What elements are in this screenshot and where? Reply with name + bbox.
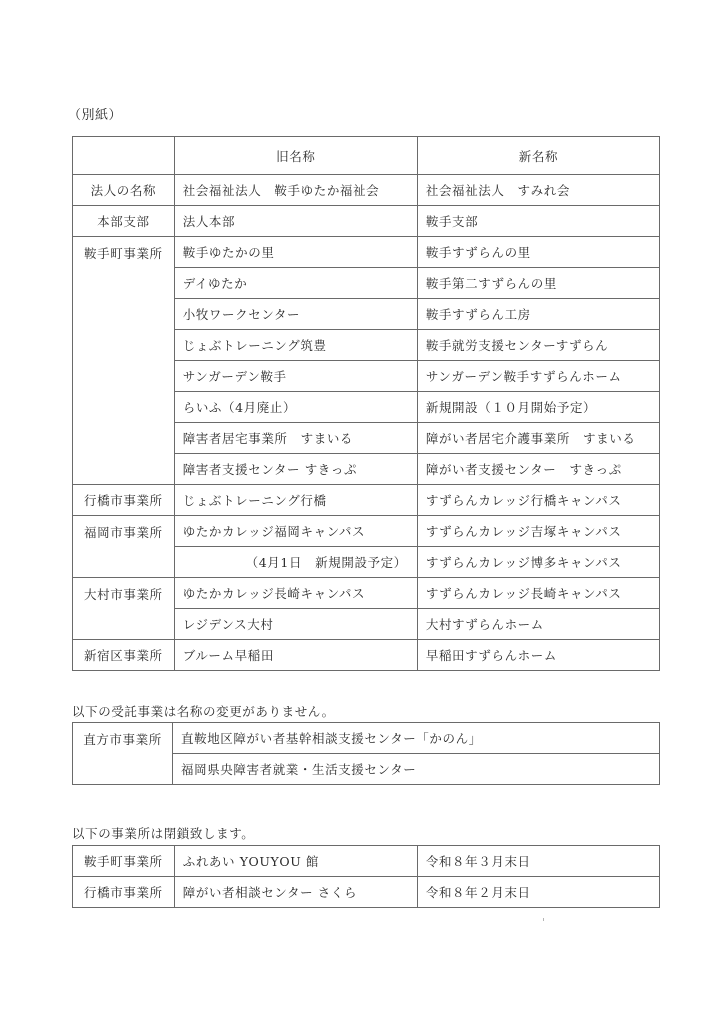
old-name-cell: じょぶトレーニング筑豊 bbox=[174, 330, 417, 361]
category-cell: 新宿区事業所 bbox=[73, 640, 175, 671]
category-cell: 本部支部 bbox=[73, 206, 175, 237]
category-cell: 鞍手町事業所 bbox=[73, 846, 175, 877]
table-row: 直方市事業所 直鞍地区障がい者基幹相談支援センター「かのん」 bbox=[73, 723, 660, 754]
table-row: 行橋市事業所 じょぶトレーニング行橋 すずらんカレッジ行橋キャンパス bbox=[73, 485, 660, 516]
scan-artifact bbox=[543, 918, 544, 921]
old-name-cell: サンガーデン鞍手 bbox=[174, 361, 417, 392]
old-name-cell: じょぶトレーニング行橋 bbox=[174, 485, 417, 516]
old-name-cell: ゆたかカレッジ福岡キャンパス bbox=[174, 516, 417, 547]
table-row: 鞍手町事業所 ふれあい YOUYOU 館 令和８年３月末日 bbox=[73, 846, 660, 877]
unchanged-caption: 以下の受託事業は名称の変更がありません。 bbox=[72, 702, 335, 720]
table-row: 福岡市事業所 ゆたかカレッジ福岡キャンパス すずらんカレッジ吉塚キャンパス bbox=[73, 516, 660, 547]
facility-name-cell: 直鞍地区障がい者基幹相談支援センター「かのん」 bbox=[173, 723, 660, 754]
header-new-name: 新名称 bbox=[417, 137, 659, 175]
old-name-cell: 障害者居宅事業所 すまいる bbox=[174, 423, 417, 454]
unchanged-table: 直方市事業所 直鞍地区障がい者基幹相談支援センター「かのん」 福岡県央障害者就業… bbox=[72, 722, 660, 785]
new-name-cell: 鞍手第二すずらんの里 bbox=[417, 268, 659, 299]
closing-caption: 以下の事業所は閉鎖致します。 bbox=[72, 824, 254, 842]
old-name-cell: 法人本部 bbox=[174, 206, 417, 237]
name-change-table: 旧名称 新名称 法人の名称 社会福祉法人 鞍手ゆたか福祉会 社会福祉法人 すみれ… bbox=[72, 136, 660, 671]
old-name-cell: らいふ（4月廃止） bbox=[174, 392, 417, 423]
category-cell: 法人の名称 bbox=[73, 175, 175, 206]
closing-table: 鞍手町事業所 ふれあい YOUYOU 館 令和８年３月末日 行橋市事業所 障がい… bbox=[72, 845, 660, 908]
new-name-cell: すずらんカレッジ行橋キャンパス bbox=[417, 485, 659, 516]
header-old-name: 旧名称 bbox=[174, 137, 417, 175]
new-name-cell: すずらんカレッジ吉塚キャンパス bbox=[417, 516, 659, 547]
category-cell: 直方市事業所 bbox=[73, 723, 173, 785]
old-name-cell: 鞍手ゆたかの里 bbox=[174, 237, 417, 268]
page-label: （別紙） bbox=[68, 104, 122, 123]
category-cell: 鞍手町事業所 bbox=[73, 237, 175, 485]
old-name-cell: ブルーム早稲田 bbox=[174, 640, 417, 671]
new-name-cell: すずらんカレッジ博多キャンパス bbox=[417, 547, 659, 578]
new-name-cell: 鞍手支部 bbox=[417, 206, 659, 237]
new-name-cell: 障がい者居宅介護事業所 すまいる bbox=[417, 423, 659, 454]
table-header-row: 旧名称 新名称 bbox=[73, 137, 660, 175]
table-row: 新宿区事業所 ブルーム早稲田 早稲田すずらんホーム bbox=[73, 640, 660, 671]
old-name-cell: ゆたかカレッジ長崎キャンパス bbox=[174, 578, 417, 609]
new-name-cell: 鞍手就労支援センターすずらん bbox=[417, 330, 659, 361]
new-name-cell: すずらんカレッジ長崎キャンパス bbox=[417, 578, 659, 609]
table-row: 大村市事業所 ゆたかカレッジ長崎キャンパス すずらんカレッジ長崎キャンパス bbox=[73, 578, 660, 609]
category-cell: 福岡市事業所 bbox=[73, 516, 175, 578]
category-cell: 行橋市事業所 bbox=[73, 877, 175, 908]
new-name-cell: 鞍手すずらん工房 bbox=[417, 299, 659, 330]
facility-name-cell: 障がい者相談センター さくら bbox=[174, 877, 417, 908]
category-cell: 大村市事業所 bbox=[73, 578, 175, 640]
old-name-cell: 小牧ワークセンター bbox=[174, 299, 417, 330]
facility-name-cell: ふれあい YOUYOU 館 bbox=[174, 846, 417, 877]
new-name-cell: 鞍手すずらんの里 bbox=[417, 237, 659, 268]
old-name-cell: （4月1日 新規開設予定） bbox=[174, 547, 417, 578]
table-row: 行橋市事業所 障がい者相談センター さくら 令和８年２月末日 bbox=[73, 877, 660, 908]
facility-name-cell: 福岡県央障害者就業・生活支援センター bbox=[173, 754, 660, 785]
table-row: 本部支部 法人本部 鞍手支部 bbox=[73, 206, 660, 237]
old-name-cell: 社会福祉法人 鞍手ゆたか福祉会 bbox=[174, 175, 417, 206]
closing-date-cell: 令和８年２月末日 bbox=[417, 877, 659, 908]
new-name-cell: サンガーデン鞍手すずらんホーム bbox=[417, 361, 659, 392]
new-name-cell: 障がい者支援センター すきっぷ bbox=[417, 454, 659, 485]
new-name-cell: 新規開設（１０月開始予定） bbox=[417, 392, 659, 423]
table-row: 鞍手町事業所 鞍手ゆたかの里 鞍手すずらんの里 bbox=[73, 237, 660, 268]
old-name-cell: デイゆたか bbox=[174, 268, 417, 299]
new-name-cell: 社会福祉法人 すみれ会 bbox=[417, 175, 659, 206]
new-name-cell: 大村すずらんホーム bbox=[417, 609, 659, 640]
old-name-cell: レジデンス大村 bbox=[174, 609, 417, 640]
closing-date-cell: 令和８年３月末日 bbox=[417, 846, 659, 877]
category-cell: 行橋市事業所 bbox=[73, 485, 175, 516]
old-name-cell: 障害者支援センター すきっぷ bbox=[174, 454, 417, 485]
table-row: 法人の名称 社会福祉法人 鞍手ゆたか福祉会 社会福祉法人 すみれ会 bbox=[73, 175, 660, 206]
header-category bbox=[73, 137, 175, 175]
new-name-cell: 早稲田すずらんホーム bbox=[417, 640, 659, 671]
